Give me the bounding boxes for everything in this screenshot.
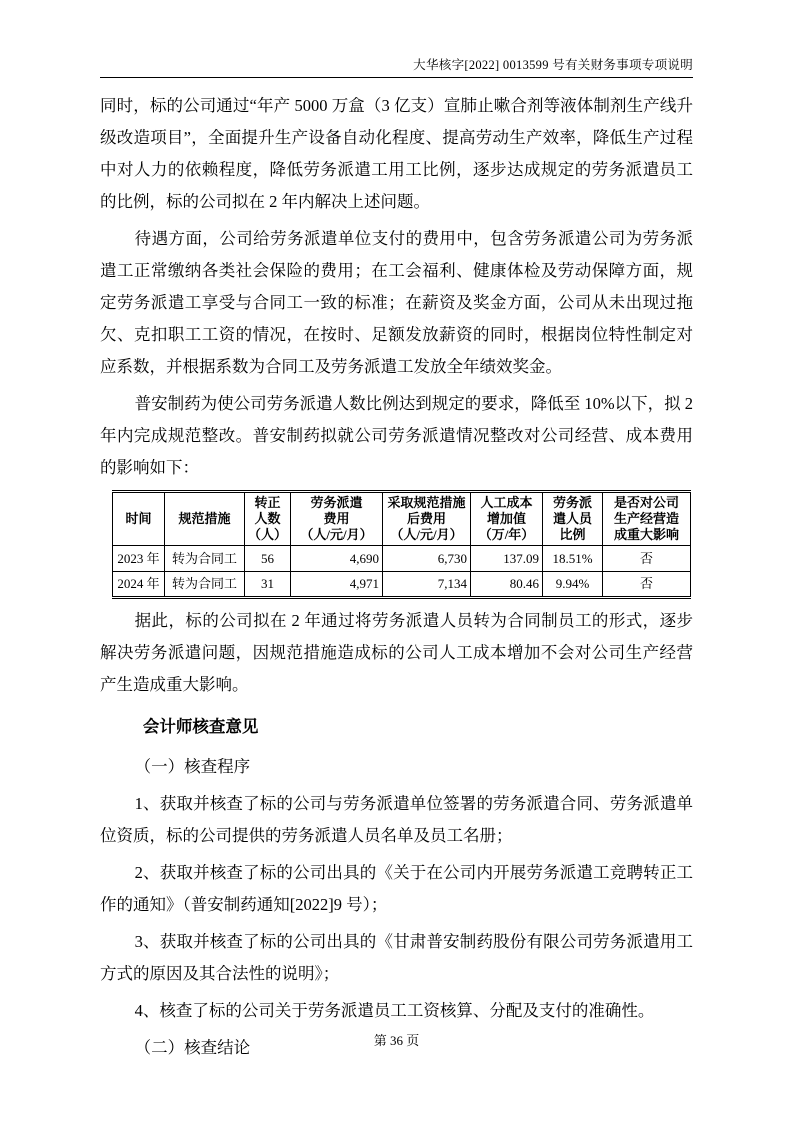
header-dispatch-ratio: 劳务派 遣人员 比例	[543, 492, 603, 546]
cell-measure: 转为合同工	[165, 572, 245, 598]
subheading-verification-procedure: （一）核查程序	[100, 751, 693, 783]
cell-time: 2024 年	[113, 572, 165, 598]
page-footer: 第 36 页	[0, 1032, 793, 1050]
header-cost-after-measure: 采取规范措施 后费用 （人/元/月）	[383, 492, 471, 546]
cell-labor-cost-increase: 137.09	[471, 546, 543, 572]
procedure-item-3: 3、获取并核查了标的公司出具的《甘肃普安制药股份有限公司劳务派遣用工方式的原因及…	[100, 926, 693, 990]
table-row: 2023 年 转为合同工 56 4,690 6,730 137.09 18.51…	[113, 546, 691, 572]
header-converted-count: 转正 人数 （人）	[245, 492, 291, 546]
cell-dispatch-cost: 4,971	[291, 572, 383, 598]
cell-labor-cost-increase: 80.46	[471, 572, 543, 598]
paragraph-continued: 同时，标的公司通过“年产 5000 万盒（3 亿支）宣肺止嗽合剂等液体制剂生产线…	[100, 90, 693, 218]
header-time: 时间	[113, 492, 165, 546]
cell-dispatch-ratio: 9.94%	[543, 572, 603, 598]
procedure-item-2: 2、获取并核查了标的公司出具的《关于在公司内开展劳务派遣工竞聘转正工作的通知》（…	[100, 857, 693, 921]
header-measure: 规范措施	[165, 492, 245, 546]
procedure-item-4: 4、核查了标的公司关于劳务派遣员工工资核算、分配及支付的准确性。	[100, 995, 693, 1027]
table-header-row: 时间 规范措施 转正 人数 （人） 劳务派遣 费用 （人/元/月） 采取规范措施…	[113, 492, 691, 546]
cell-converted-count: 56	[245, 546, 291, 572]
cell-time: 2023 年	[113, 546, 165, 572]
paragraph-conclusion: 据此，标的公司拟在 2 年通过将劳务派遣人员转为合同制员工的形式，逐步解决劳务派…	[100, 605, 693, 701]
page-header: 大华核字[2022] 0013599 号有关财务事项专项说明	[100, 56, 693, 78]
procedure-item-1: 1、获取并核查了标的公司与劳务派遣单位签署的劳务派遣合同、劳务派遣单位资质，标的…	[100, 788, 693, 852]
dispatch-rectification-table: 时间 规范措施 转正 人数 （人） 劳务派遣 费用 （人/元/月） 采取规范措施…	[112, 490, 691, 599]
header-major-impact: 是否对公司 生产经营造 成重大影响	[603, 492, 691, 546]
cell-measure: 转为合同工	[165, 546, 245, 572]
cell-dispatch-cost: 4,690	[291, 546, 383, 572]
cell-cost-after-measure: 6,730	[383, 546, 471, 572]
dispatch-rectification-table-wrap: 时间 规范措施 转正 人数 （人） 劳务派遣 费用 （人/元/月） 采取规范措施…	[112, 490, 693, 599]
cell-converted-count: 31	[245, 572, 291, 598]
audit-opinion-heading: 会计师核查意见	[100, 711, 693, 743]
table-row: 2024 年 转为合同工 31 4,971 7,134 80.46 9.94% …	[113, 572, 691, 598]
document-body: 同时，标的公司通过“年产 5000 万盒（3 亿支）宣肺止嗽合剂等液体制剂生产线…	[100, 90, 693, 1064]
cell-cost-after-measure: 7,134	[383, 572, 471, 598]
document-page: 大华核字[2022] 0013599 号有关财务事项专项说明 同时，标的公司通过…	[0, 0, 793, 1122]
cell-major-impact: 否	[603, 572, 691, 598]
header-labor-cost-increase: 人工成本 增加值 （万/年）	[471, 492, 543, 546]
cell-dispatch-ratio: 18.51%	[543, 546, 603, 572]
header-dispatch-cost: 劳务派遣 费用 （人/元/月）	[291, 492, 383, 546]
paragraph-treatment: 待遇方面，公司给劳务派遣单位支付的费用中，包含劳务派遣公司为劳务派遣工正常缴纳各…	[100, 223, 693, 383]
cell-major-impact: 否	[603, 546, 691, 572]
paragraph-rectification-plan: 普安制药为使公司劳务派遣人数比例达到规定的要求，降低至 10%以下，拟 2 年内…	[100, 388, 693, 484]
